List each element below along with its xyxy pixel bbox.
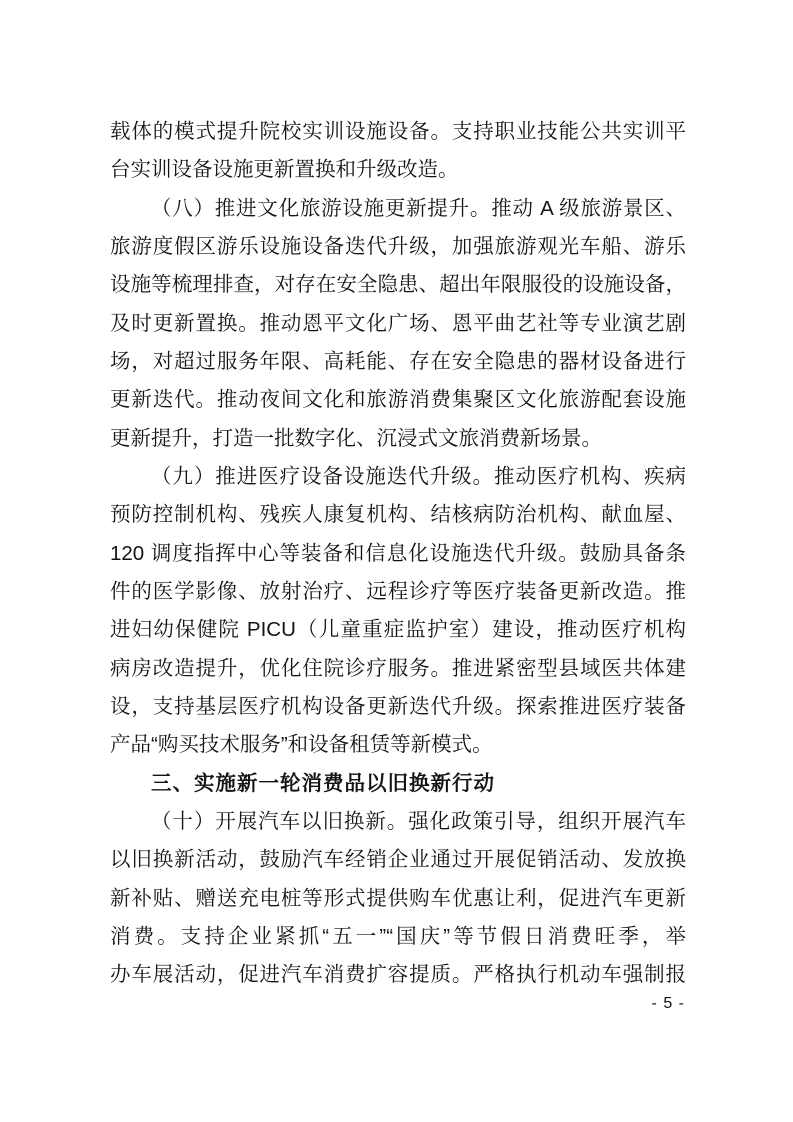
body-text: 及时更新置换。推动恩平文化广场、恩平曲艺社等专业演艺剧 bbox=[110, 312, 686, 335]
paragraph-line: 更新提升，打造一批数字化、沉浸式文旅消费新场景。 bbox=[110, 420, 686, 458]
body-text: 以旧换新活动，鼓励汽车经销企业通过开展促销活动、发放换 bbox=[110, 848, 686, 871]
body-text: 更新迭代。推动夜间文化和旅游消费集聚区文化旅游配套设施 bbox=[110, 388, 686, 411]
paragraph-line: （十）开展汽车以旧换新。强化政策引导，组织开展汽车 bbox=[110, 803, 686, 841]
body-text: 预防控制机构、残疾人康复机构、结核病防治机构、献血屋、 bbox=[110, 503, 686, 526]
body-text: 产品“购买技术服务”和设备租赁等新模式。 bbox=[110, 733, 493, 756]
body-text: 办车展活动，促进汽车消费扩容提质。严格执行机动车强制报 bbox=[110, 963, 686, 986]
document-text-block: 载体的模式提升院校实训设施设备。支持职业技能公共实训平 台实训设备设施更新置换和… bbox=[110, 113, 686, 995]
paragraph-line: 办车展活动，促进汽车消费扩容提质。严格执行机动车强制报 bbox=[110, 956, 686, 994]
paragraph-line: 场，对超过服务年限、高耗能、存在安全隐患的器材设备进行 bbox=[110, 343, 686, 381]
body-text: 推动 A 级旅游景区、 bbox=[491, 197, 686, 220]
paragraph-line: 病房改造提升，优化住院诊疗服务。推进紧密型县域医共体建 bbox=[110, 650, 686, 688]
body-text: 消费。支持企业紧抓“五一”“国庆”等节假日消费旺季，举 bbox=[110, 925, 686, 948]
paragraph-line: 120 调度指挥中心等装备和信息化设施迭代升级。鼓励具备条 bbox=[110, 535, 686, 573]
paragraph-line: 台实训设备设施更新置换和升级改造。 bbox=[110, 151, 686, 189]
body-text: 载体的模式提升院校实训设施设备。支持职业技能公共实训平 bbox=[110, 120, 686, 143]
body-text: 台实训设备设施更新置换和升级改造。 bbox=[110, 158, 459, 181]
body-text: 设，支持基层医疗机构设备更新迭代升级。探索推进医疗装备 bbox=[110, 695, 686, 718]
body-text: 旅游度假区游乐设施设备迭代升级，加强旅游观光车船、游乐 bbox=[110, 235, 686, 258]
paragraph-line: 载体的模式提升院校实训设施设备。支持职业技能公共实训平 bbox=[110, 113, 686, 151]
paragraph-line: 旅游度假区游乐设施设备迭代升级，加强旅游观光车船、游乐 bbox=[110, 228, 686, 266]
heading-text: 三、实施新一轮消费品以旧换新行动 bbox=[151, 772, 495, 795]
section-9-heading: （九）推进医疗设备设施迭代升级。 bbox=[151, 466, 494, 488]
paragraph-line: （八）推进文化旅游设施更新提升。推动 A 级旅游景区、 bbox=[110, 190, 686, 228]
paragraph-line: 消费。支持企业紧抓“五一”“国庆”等节假日消费旺季，举 bbox=[110, 918, 686, 956]
body-text: 强化政策引导，组织开展汽车 bbox=[408, 810, 686, 833]
document-page: 载体的模式提升院校实训设施设备。支持职业技能公共实训平 台实训设备设施更新置换和… bbox=[0, 0, 793, 1122]
paragraph-line: 设，支持基层医疗机构设备更新迭代升级。探索推进医疗装备 bbox=[110, 688, 686, 726]
section-8-heading: （八）推进文化旅游设施更新提升。 bbox=[151, 198, 491, 220]
body-text: 病房改造提升，优化住院诊疗服务。推进紧密型县域医共体建 bbox=[110, 657, 686, 680]
body-text: 场，对超过服务年限、高耗能、存在安全隐患的器材设备进行 bbox=[110, 350, 686, 373]
paragraph-line: 件的医学影像、放射治疗、远程诊疗等医疗装备更新改造。推 bbox=[110, 573, 686, 611]
body-text: 进妇幼保健院 PICU（儿童重症监护室）建设，推动医疗机构 bbox=[110, 618, 686, 641]
body-text: 更新提升，打造一批数字化、沉浸式文旅消费新场景。 bbox=[110, 427, 602, 450]
body-text: 设施等梳理排查，对存在安全隐患、超出年限服役的设施设备， bbox=[110, 273, 686, 296]
body-text: 推动医疗机构、疾病 bbox=[494, 465, 686, 488]
paragraph-line: 更新迭代。推动夜间文化和旅游消费集聚区文化旅游配套设施 bbox=[110, 381, 686, 419]
page-number: - 5 - bbox=[652, 993, 685, 1015]
body-text: 新补贴、赠送充电桩等形式提供购车优惠让利，促进汽车更新 bbox=[110, 887, 686, 910]
chapter-3-heading: 三、实施新一轮消费品以旧换新行动 bbox=[110, 765, 686, 803]
paragraph-line: （九）推进医疗设备设施迭代升级。推动医疗机构、疾病 bbox=[110, 458, 686, 496]
paragraph-line: 以旧换新活动，鼓励汽车经销企业通过开展促销活动、发放换 bbox=[110, 841, 686, 879]
body-text: 120 调度指挥中心等装备和信息化设施迭代升级。鼓励具备条 bbox=[110, 542, 686, 565]
paragraph-line: 进妇幼保健院 PICU（儿童重症监护室）建设，推动医疗机构 bbox=[110, 611, 686, 649]
paragraph-line: 设施等梳理排查，对存在安全隐患、超出年限服役的设施设备， bbox=[110, 266, 686, 304]
paragraph-line: 预防控制机构、残疾人康复机构、结核病防治机构、献血屋、 bbox=[110, 496, 686, 534]
paragraph-line: 新补贴、赠送充电桩等形式提供购车优惠让利，促进汽车更新 bbox=[110, 880, 686, 918]
section-10-heading: （十）开展汽车以旧换新。 bbox=[151, 811, 408, 833]
body-text: 件的医学影像、放射治疗、远程诊疗等医疗装备更新改造。推 bbox=[110, 580, 686, 603]
paragraph-line: 及时更新置换。推动恩平文化广场、恩平曲艺社等专业演艺剧 bbox=[110, 305, 686, 343]
paragraph-line: 产品“购买技术服务”和设备租赁等新模式。 bbox=[110, 726, 686, 764]
